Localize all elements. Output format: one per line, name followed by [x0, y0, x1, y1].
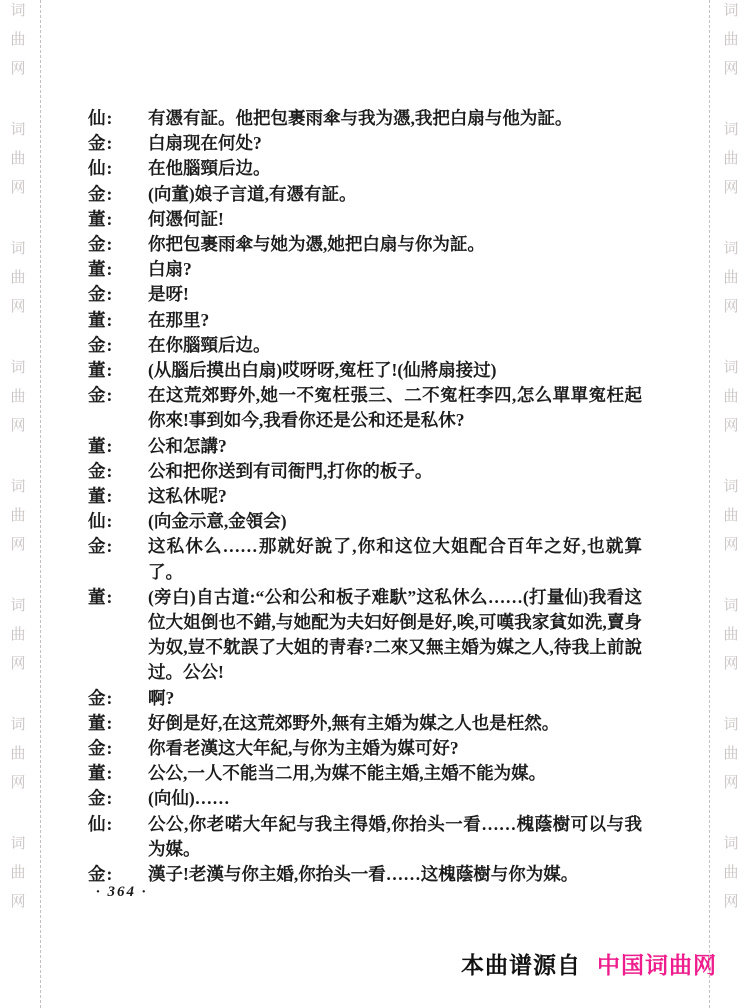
watermark-group: 词曲网 — [8, 717, 28, 790]
right-watermark-column: 词曲网词曲网词曲网词曲网词曲网词曲网词曲网词曲网 — [721, 3, 741, 909]
speaker-label: 金: — [88, 383, 148, 433]
dialogue-row: 董:公和怎講? — [88, 434, 644, 459]
watermark-group: 词曲网 — [8, 3, 28, 76]
watermark-char: 网 — [721, 537, 741, 552]
footer-brand-text: 中国词曲网 — [597, 952, 717, 978]
watermark-char: 词 — [8, 3, 28, 18]
speaker-label: 董: — [88, 257, 148, 282]
watermark-char: 词 — [8, 241, 28, 256]
watermark-char: 网 — [721, 656, 741, 671]
dialogue-row: 仙:公公,你老喏大年紀与我主得婚,你抬头一看……槐蔭樹可以与我为媒。 — [88, 812, 644, 862]
watermark-char: 词 — [721, 598, 741, 613]
watermark-char: 网 — [8, 418, 28, 433]
dialogue-text: 好倒是好,在这荒郊野外,無有主婚为媒之人也是枉然。 — [148, 711, 642, 736]
speaker-label: 董: — [88, 308, 148, 333]
dialogue-text: 公公,一人不能当二用,为媒不能主婚,主婚不能为媒。 — [148, 761, 642, 786]
watermark-group: 词曲网 — [721, 360, 741, 433]
dialogue-row: 董:公公,一人不能当二用,为媒不能主婚,主婚不能为媒。 — [88, 761, 644, 786]
watermark-char: 曲 — [8, 508, 28, 523]
watermark-char: 词 — [721, 241, 741, 256]
watermark-group: 词曲网 — [8, 122, 28, 195]
dialogue-text: 你看老漢这大年紀,与你为主婚为媒可好? — [148, 736, 642, 761]
speaker-label: 董: — [88, 358, 148, 383]
watermark-char: 网 — [8, 61, 28, 76]
watermark-char: 词 — [721, 360, 741, 375]
watermark-group: 词曲网 — [721, 122, 741, 195]
watermark-char: 网 — [8, 894, 28, 909]
watermark-char: 网 — [8, 537, 28, 552]
page-number: · 364 · — [96, 884, 148, 901]
speaker-label: 金: — [88, 686, 148, 711]
dialogue-text: 白扇现在何处? — [148, 131, 642, 156]
footer-source-text: 本曲谱源自 — [461, 952, 581, 978]
watermark-char: 网 — [721, 894, 741, 909]
speaker-label: 金: — [88, 786, 148, 811]
script-page: 词曲网词曲网词曲网词曲网词曲网词曲网词曲网词曲网 仙:有憑有証。他把包裹雨傘与我… — [0, 0, 749, 1008]
dialogue-text: (从腦后摸出白扇)哎呀呀,寃枉了!(仙將扇接过) — [148, 358, 642, 383]
watermark-char: 曲 — [721, 32, 741, 47]
left-dashed-border — [40, 0, 41, 1008]
speaker-label: 董: — [88, 711, 148, 736]
watermark-char: 词 — [8, 122, 28, 137]
watermark-char: 曲 — [8, 151, 28, 166]
dialogue-text: 何憑何証! — [148, 207, 642, 232]
dialogue-row: 董:何憑何証! — [88, 207, 644, 232]
watermark-group: 词曲网 — [8, 241, 28, 314]
dialogue-text: 公公,你老喏大年紀与我主得婚,你抬头一看……槐蔭樹可以与我为媒。 — [148, 812, 642, 862]
speaker-label: 董: — [88, 585, 148, 686]
watermark-char: 词 — [8, 717, 28, 732]
dialogue-row: 金:白扇现在何处? — [88, 131, 644, 156]
left-watermark-column: 词曲网词曲网词曲网词曲网词曲网词曲网词曲网词曲网 — [8, 3, 28, 909]
dialogue-row: 金:(向董)娘子言道,有憑有証。 — [88, 182, 644, 207]
dialogue-text: 公和怎講? — [148, 434, 642, 459]
right-dashed-border — [709, 0, 710, 1008]
dialogue-row: 董:(从腦后摸出白扇)哎呀呀,寃枉了!(仙將扇接过) — [88, 358, 644, 383]
footer: 本曲谱源自中国词曲网 — [0, 947, 717, 980]
dialogue-text: 是呀! — [148, 282, 642, 307]
dialogue-row: 仙:在他腦頸后边。 — [88, 156, 644, 181]
dialogue-row: 仙:(向金示意,金領会) — [88, 509, 644, 534]
dialogue-area: 仙:有憑有証。他把包裹雨傘与我为憑,我把白扇与他为証。金:白扇现在何处?仙:在他… — [88, 106, 644, 887]
watermark-group: 词曲网 — [721, 241, 741, 314]
watermark-group: 词曲网 — [8, 479, 28, 552]
watermark-char: 曲 — [721, 151, 741, 166]
dialogue-text: 漢子!老漢与你主婚,你抬头一看……这槐蔭樹与你为媒。 — [148, 862, 642, 887]
speaker-label: 仙: — [88, 509, 148, 534]
dialogue-row: 金:漢子!老漢与你主婚,你抬头一看……这槐蔭樹与你为媒。 — [88, 862, 644, 887]
watermark-group: 词曲网 — [721, 479, 741, 552]
dialogue-text: 这私休呢? — [148, 484, 642, 509]
watermark-char: 网 — [8, 656, 28, 671]
watermark-group: 词曲网 — [721, 3, 741, 76]
dialogue-row: 金:在这荒郊野外,她一不寃枉張三、二不寃枉李四,怎么單單寃枉起你來!事到如今,我… — [88, 383, 644, 433]
dialogue-text: 在你腦頸后边。 — [148, 333, 642, 358]
dialogue-text: 在那里? — [148, 308, 642, 333]
watermark-char: 网 — [721, 299, 741, 314]
watermark-group: 词曲网 — [8, 836, 28, 909]
speaker-label: 金: — [88, 736, 148, 761]
dialogue-row: 金:在你腦頸后边。 — [88, 333, 644, 358]
speaker-label: 仙: — [88, 812, 148, 862]
dialogue-text: (向仙)…… — [148, 786, 642, 811]
watermark-char: 词 — [721, 836, 741, 851]
dialogue-text: 这私休么……那就好說了,你和这位大姐配合百年之好,也就算了。 — [148, 534, 642, 584]
dialogue-text: 公和把你送到有司衙門,打你的板子。 — [148, 459, 642, 484]
watermark-group: 词曲网 — [721, 598, 741, 671]
dialogue-text: 在他腦頸后边。 — [148, 156, 642, 181]
watermark-char: 网 — [8, 180, 28, 195]
watermark-char: 曲 — [8, 865, 28, 880]
speaker-label: 金: — [88, 333, 148, 358]
watermark-char: 词 — [721, 479, 741, 494]
dialogue-text: (向董)娘子言道,有憑有証。 — [148, 182, 642, 207]
dialogue-row: 金:啊? — [88, 686, 644, 711]
speaker-label: 董: — [88, 434, 148, 459]
watermark-char: 词 — [721, 3, 741, 18]
watermark-char: 网 — [721, 180, 741, 195]
dialogue-row: 董:在那里? — [88, 308, 644, 333]
speaker-label: 金: — [88, 534, 148, 584]
watermark-char: 曲 — [8, 389, 28, 404]
watermark-char: 曲 — [8, 270, 28, 285]
dialogue-text: 白扇? — [148, 257, 642, 282]
dialogue-text: (向金示意,金領会) — [148, 509, 642, 534]
dialogue-text: 你把包裹雨傘与她为憑,她把白扇与你为証。 — [148, 232, 642, 257]
watermark-char: 词 — [8, 479, 28, 494]
watermark-group: 词曲网 — [721, 836, 741, 909]
watermark-char: 网 — [721, 418, 741, 433]
watermark-char: 网 — [721, 61, 741, 76]
watermark-char: 词 — [8, 836, 28, 851]
dialogue-row: 董:白扇? — [88, 257, 644, 282]
watermark-char: 词 — [721, 717, 741, 732]
speaker-label: 金: — [88, 232, 148, 257]
watermark-char: 曲 — [8, 746, 28, 761]
watermark-char: 曲 — [721, 270, 741, 285]
dialogue-row: 金:你把包裹雨傘与她为憑,她把白扇与你为証。 — [88, 232, 644, 257]
dialogue-row: 董:(旁白)自古道:“公和公和板子难馱”这私休么……(打量仙)我看这位大姐倒也不… — [88, 585, 644, 686]
dialogue-row: 金:(向仙)…… — [88, 786, 644, 811]
dialogue-text: 啊? — [148, 686, 642, 711]
watermark-char: 网 — [8, 775, 28, 790]
watermark-char: 曲 — [721, 508, 741, 523]
dialogue-row: 金:这私休么……那就好說了,你和这位大姐配合百年之好,也就算了。 — [88, 534, 644, 584]
watermark-char: 网 — [721, 775, 741, 790]
watermark-char: 曲 — [721, 865, 741, 880]
dialogue-row: 董:这私休呢? — [88, 484, 644, 509]
speaker-label: 金: — [88, 282, 148, 307]
watermark-char: 词 — [8, 598, 28, 613]
watermark-group: 词曲网 — [8, 360, 28, 433]
speaker-label: 金: — [88, 459, 148, 484]
speaker-label: 董: — [88, 484, 148, 509]
speaker-label: 董: — [88, 761, 148, 786]
watermark-char: 曲 — [721, 389, 741, 404]
speaker-label: 董: — [88, 207, 148, 232]
watermark-char: 曲 — [8, 32, 28, 47]
speaker-label: 金: — [88, 182, 148, 207]
speaker-label: 仙: — [88, 156, 148, 181]
watermark-char: 词 — [8, 360, 28, 375]
dialogue-text: 在这荒郊野外,她一不寃枉張三、二不寃枉李四,怎么單單寃枉起你來!事到如今,我看你… — [148, 383, 642, 433]
dialogue-row: 金:是呀! — [88, 282, 644, 307]
watermark-char: 词 — [721, 122, 741, 137]
dialogue-row: 金:公和把你送到有司衙門,打你的板子。 — [88, 459, 644, 484]
speaker-label: 金: — [88, 131, 148, 156]
watermark-char: 曲 — [721, 746, 741, 761]
dialogue-text: 有憑有証。他把包裹雨傘与我为憑,我把白扇与他为証。 — [148, 106, 642, 131]
dialogue-text: (旁白)自古道:“公和公和板子难馱”这私休么……(打量仙)我看这位大姐倒也不錯,… — [148, 585, 642, 686]
speaker-label: 仙: — [88, 106, 148, 131]
watermark-char: 曲 — [721, 627, 741, 642]
watermark-group: 词曲网 — [8, 598, 28, 671]
watermark-char: 网 — [8, 299, 28, 314]
dialogue-row: 董:好倒是好,在这荒郊野外,無有主婚为媒之人也是枉然。 — [88, 711, 644, 736]
watermark-group: 词曲网 — [721, 717, 741, 790]
watermark-char: 曲 — [8, 627, 28, 642]
dialogue-row: 金:你看老漢这大年紀,与你为主婚为媒可好? — [88, 736, 644, 761]
dialogue-row: 仙:有憑有証。他把包裹雨傘与我为憑,我把白扇与他为証。 — [88, 106, 644, 131]
